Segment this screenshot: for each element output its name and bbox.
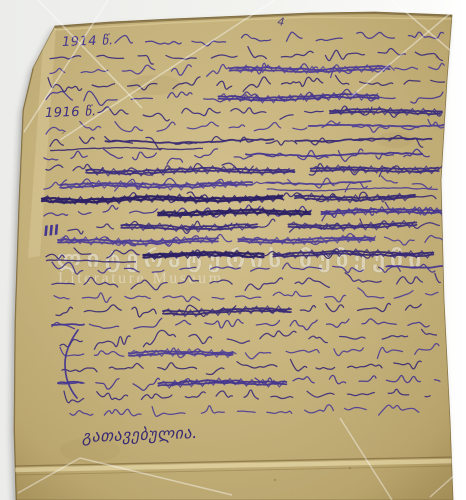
legible-text: გათავებულია. <box>82 423 198 446</box>
legible-text: 1914 წ. <box>62 33 114 50</box>
legible-text: 1916 წ. <box>45 104 97 121</box>
manuscript-scene: ლიტერატურის მუზეუმი Literature Museum 19… <box>0 0 466 500</box>
watermark-latin-text: Literature Museum <box>58 270 224 287</box>
margin-numeral: III <box>43 222 60 240</box>
manuscript-photo: ლიტერატურის მუზეუმი Literature Museum 19… <box>0 0 466 500</box>
speck <box>274 479 276 481</box>
strikethrough-mark <box>52 324 84 325</box>
speck <box>349 467 351 469</box>
speck <box>62 132 64 134</box>
watermark-georgian-text: ლიტერატურის მუზეუმი <box>56 245 426 273</box>
